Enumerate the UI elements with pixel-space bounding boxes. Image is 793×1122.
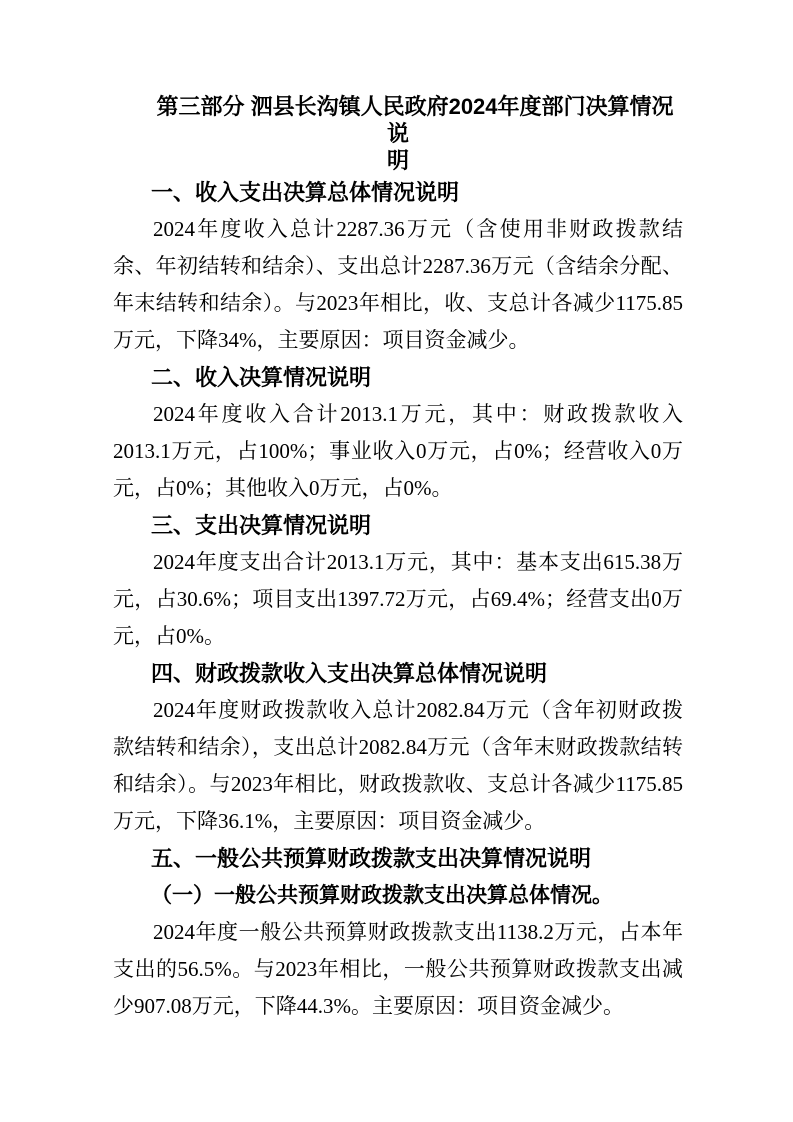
- section-4-paragraph: 2024年度财政拨款收入总计2082.84万元（含年初财政拨款结转和结余），支出…: [113, 692, 683, 840]
- section-1-heading: 一、收入支出决算总体情况说明: [113, 174, 683, 211]
- document-page: 第三部分 泗县长沟镇人民政府2024年度部门决算情况说 明 一、收入支出决算总体…: [0, 0, 793, 1122]
- section-fiscal-appropriation-overview: 四、财政拨款收入支出决算总体情况说明 2024年度财政拨款收入总计2082.84…: [113, 655, 683, 840]
- document-content: 第三部分 泗县长沟镇人民政府2024年度部门决算情况说 明 一、收入支出决算总体…: [0, 0, 793, 1025]
- section-5-subheading: （一）一般公共预算财政拨款支出决算总体情况。: [113, 877, 683, 914]
- section-2-paragraph: 2024年度收入合计2013.1万元，其中：财政拨款收入2013.1万元，占10…: [113, 396, 683, 507]
- document-title-line-2: 明: [113, 147, 683, 174]
- document-title-line-1: 第三部分 泗县长沟镇人民政府2024年度部门决算情况说: [113, 93, 683, 147]
- section-5-paragraph: 2024年度一般公共预算财政拨款支出1138.2万元，占本年支出的56.5%。与…: [113, 914, 683, 1025]
- section-5-heading: 五、一般公共预算财政拨款支出决算情况说明: [113, 840, 683, 877]
- section-income-accounts: 二、收入决算情况说明 2024年度收入合计2013.1万元，其中：财政拨款收入2…: [113, 359, 683, 507]
- section-income-expenditure-overview: 一、收入支出决算总体情况说明 2024年度收入总计2287.36万元（含使用非财…: [113, 174, 683, 359]
- section-3-paragraph: 2024年度支出合计2013.1万元，其中：基本支出615.38万元，占30.6…: [113, 544, 683, 655]
- section-3-heading: 三、支出决算情况说明: [113, 507, 683, 544]
- section-expenditure-accounts: 三、支出决算情况说明 2024年度支出合计2013.1万元，其中：基本支出615…: [113, 507, 683, 655]
- section-general-public-budget-expenditure: 五、一般公共预算财政拨款支出决算情况说明 （一）一般公共预算财政拨款支出决算总体…: [113, 840, 683, 1025]
- document-title: 第三部分 泗县长沟镇人民政府2024年度部门决算情况说 明: [113, 93, 683, 174]
- section-4-heading: 四、财政拨款收入支出决算总体情况说明: [113, 655, 683, 692]
- section-2-heading: 二、收入决算情况说明: [113, 359, 683, 396]
- section-1-paragraph: 2024年度收入总计2287.36万元（含使用非财政拨款结余、年初结转和结余）、…: [113, 211, 683, 359]
